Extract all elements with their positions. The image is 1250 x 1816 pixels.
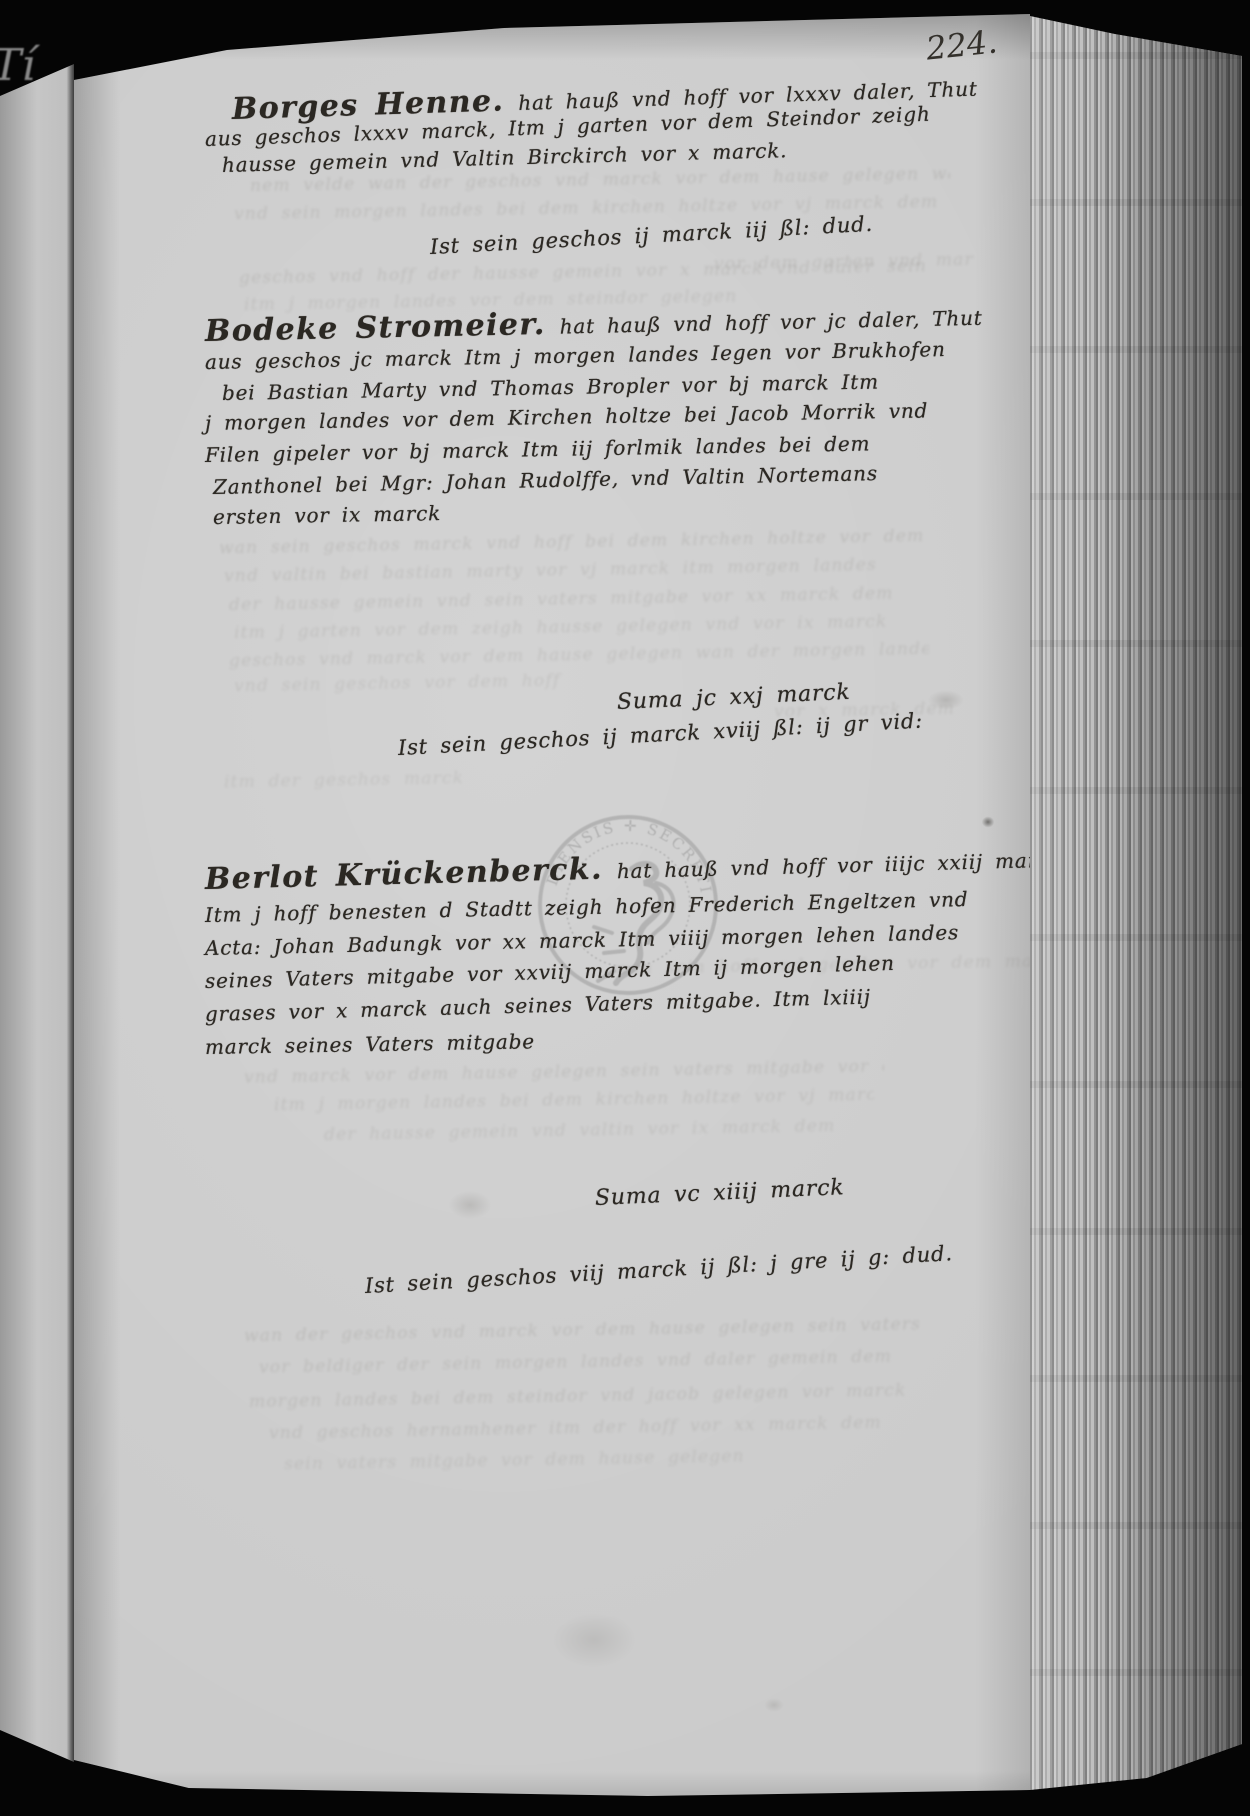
- bleedthrough-line: itm der geschos marck: [224, 768, 484, 793]
- bleedthrough-line: itm j morgen landes bei dem kirchen holt…: [274, 1085, 874, 1115]
- page-stack-edge: [1030, 0, 1242, 1816]
- entry-2-line: Filen gipeler vor bj marck Itm iij forlm…: [205, 431, 871, 467]
- entry-3-geschoss: Ist sein geschos viij marck ij ßl: j gre…: [364, 1241, 953, 1298]
- entry-2-name: Bodeke Stromeier.: [205, 307, 546, 349]
- left-page-edge: [0, 0, 74, 1816]
- entry-3-heading-rest: hat hauß vnd hoff vor iiijc xxiij mark: [617, 848, 1052, 883]
- entry-3-summa: Suma vc xiiij marck: [594, 1175, 844, 1211]
- entry-2-line: j morgen landes vor dem Kirchen holtze b…: [205, 398, 929, 435]
- book-scan: 224. Borges Henne.hat hauß vnd hoff vor …: [0, 0, 1250, 1816]
- bleedthrough-line: der hausse gemein vnd sein vaters mitgab…: [229, 583, 929, 615]
- bleedthrough-line: sein vaters mitgabe vor dem hause gelege…: [284, 1446, 784, 1475]
- page-number: 224.: [924, 22, 999, 67]
- bleedthrough-line: itm j garten vor dem zeigh hausse gelege…: [234, 611, 924, 643]
- entry-2-geschoss: Ist sein geschos ij marck xviij ßl: ij g…: [397, 709, 923, 760]
- edge-ghost-mark: Tí: [0, 40, 35, 91]
- entry-2-line: ersten vor ix marck: [213, 501, 441, 529]
- entry-2-heading-rest: hat hauß vnd hoff vor jc daler, Thut: [559, 306, 982, 339]
- bleedthrough-line: geschos vnd marck vor dem hause gelegen …: [229, 639, 929, 671]
- manuscript-page: 224. Borges Henne.hat hauß vnd hoff vor …: [74, 0, 1030, 1816]
- bleedthrough-line: vnd geschos hernamhener itm der hoff vor…: [269, 1413, 889, 1444]
- bleedthrough-line: der hausse gemein vnd valtin vor ix marc…: [324, 1115, 884, 1145]
- bleedthrough-line: wan sein geschos marck vnd hoff bei dem …: [219, 526, 939, 559]
- entry-3-line: marck seines Vaters mitgabe: [205, 1029, 535, 1059]
- entry-2-line: Zanthonel bei Mgr: Johan Rudolffe, vnd V…: [213, 461, 878, 499]
- bleedthrough-line: vnd marck vor dem hause gelegen sein vat…: [244, 1056, 884, 1087]
- bleedthrough-line: morgen landes bei dem steindor vnd jacob…: [249, 1380, 929, 1412]
- entry-2-line: bei Bastian Marty vnd Thomas Bropler vor…: [222, 370, 879, 405]
- bleedthrough-line: vnd sein geschos vor dem hoff: [234, 670, 614, 697]
- bleedthrough-line: vnd valtin bei bastian marty vor vj marc…: [224, 554, 944, 587]
- bleedthrough-line: geschos vnd hoff der hausse gemein vor x…: [239, 256, 939, 288]
- bleedthrough-line: vor beldiger der sein morgen landes vnd …: [259, 1346, 899, 1377]
- bleedthrough-line: wan der geschos vnd marck vor dem hause …: [244, 1314, 944, 1346]
